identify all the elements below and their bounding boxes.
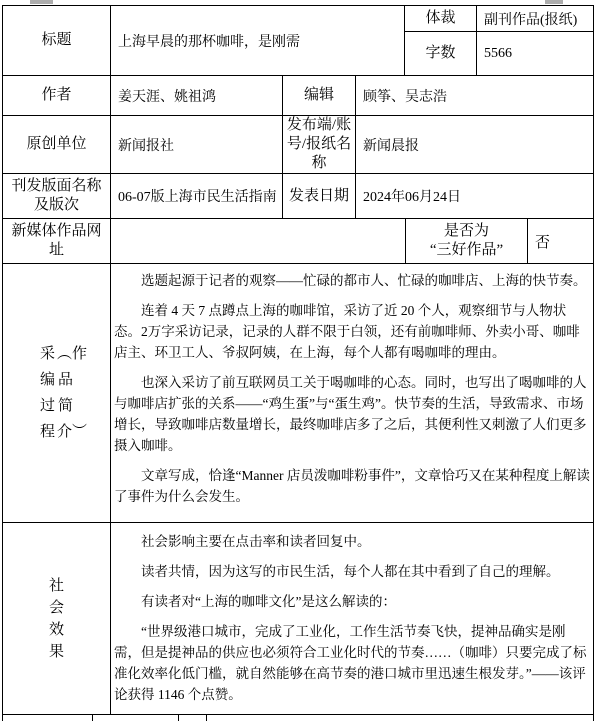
word-count-label: 字数 [404,31,477,76]
award-entry-form: 标题 上海早晨的那杯咖啡，是刚需 体裁 副刊作品(报纸) 字数 5566 作者 … [0,0,596,721]
social-effect-label: 社会效果 [48,575,65,663]
three-good-value: 否 [527,218,594,264]
process-paragraph: 连着 4 天 7 点蹲点上海的咖啡馆，采访了近 20 个人，观察细节与人物状态。… [114,300,590,363]
screen-artifact-left [30,0,53,4]
author-label: 作者 [2,75,111,116]
original-unit-value: 新闻报社 [110,115,283,174]
process-content: 选题起源于记者的观察——忙碌的都市人、忙碌的咖啡店、上海的快节奏。 连着 4 天… [110,263,594,523]
editor-value: 顾筝、吴志浩 [355,75,594,116]
title-value: 上海早晨的那杯咖啡，是刚需 [110,5,405,76]
social-effect-paragraph: 社会影响主要在点击率和读者回复中。 [114,531,590,552]
partial-row-cell [92,714,179,721]
partial-row-cell [206,714,594,721]
new-media-url-label: 新媒体作品网 址 [2,218,111,264]
social-effect-paragraph: 读者共情，因为这写的市民生活，每个人都在其中看到了自己的理解。 [114,561,590,582]
author-value: 姜天涯、姚祖鸿 [110,75,283,116]
editor-label: 编辑 [282,75,356,116]
publish-channel-label: 发布端/账号/报纸名称 [282,115,356,174]
publish-date-label: 发表日期 [282,173,356,219]
social-effect-label-cell: 社会效果 [2,522,111,715]
title-label: 标题 [2,5,111,76]
social-effect-content: 社会影响主要在点击率和读者回复中。 读者共情，因为这写的市民生活，每个人都在其中… [110,522,594,715]
process-vertical-label: 采编过程 ︵作品简介︶ [3,264,110,522]
process-paragraph: 也深入采访了前互联网员工关于喝咖啡的心态。同时，也写出了喝咖啡的人与咖啡店扩张的… [114,372,590,456]
process-paragraph: 文章写成，恰逢“Manner 店员泼咖啡粉事件”，文章恰巧又在某种程度上解读了事… [114,465,590,507]
process-label-col2: ︵作品简介︶ [57,341,74,445]
word-count-value: 5566 [476,31,594,76]
three-good-label: 是否为 “三好作品” [405,218,528,264]
partial-row-cell [2,714,93,721]
genre-value: 副刊作品(报纸) [476,5,594,32]
original-unit-label: 原创单位 [2,115,111,174]
social-effect-vertical-label: 社会效果 [3,523,110,714]
edition-value: 06-07版上海市民生活指南 [110,173,283,219]
new-media-url-value [110,218,406,264]
social-effect-paragraph: 有读者对“上海的咖啡文化”是这么解读的： [114,591,590,612]
publish-date-value: 2024年06月24日 [355,173,594,219]
publish-channel-value: 新闻晨报 [355,115,594,174]
genre-label: 体裁 [404,5,477,32]
process-label-col1: 采编过程 [39,341,56,445]
screen-artifact-right [545,0,563,4]
social-effect-paragraph: “世界级港口城市，完成了工业化，工作生活节奏飞快，提神品确实是刚需，但是提神品的… [114,621,590,705]
partial-row-cell [178,714,207,721]
process-paragraph: 选题起源于记者的观察——忙碌的都市人、忙碌的咖啡店、上海的快节奏。 [114,270,590,291]
process-label-cell: 采编过程 ︵作品简介︶ [2,263,111,523]
edition-label: 刊发版面名称 及版次 [2,173,111,219]
